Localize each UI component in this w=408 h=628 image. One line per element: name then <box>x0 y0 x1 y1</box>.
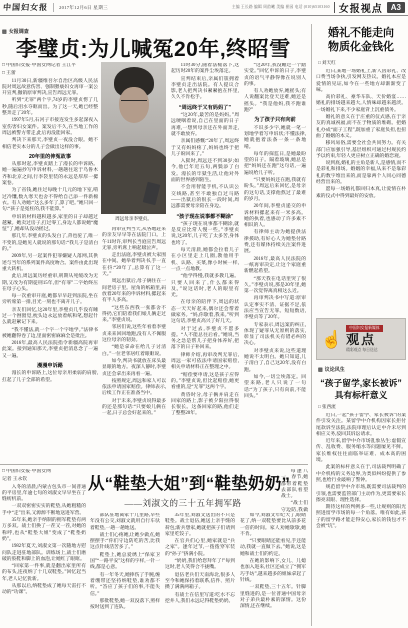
paragraph: “这20年,最苦的是妈妈。”周远哽咽着说,自己在里面的日子再难,一想到母亲还在外… <box>171 113 239 138</box>
paragraph: 对李璧贞来说,这些道理她说不太明白。她只知道,儿子清白了,自己这20年,没有白跑… <box>244 349 306 374</box>
paragraph: “赔偿要申请,这是孩子应得的。”李璧贞说,但比起赔偿,她更看重的,是“无罪”这两… <box>171 373 239 392</box>
bottom-headline: 从“鞋垫大姐”到“鞋垫奶奶” <box>88 470 278 494</box>
paragraph: 按照规定,周远和家人可以依法申请国家赔偿。律师表示,后续工作正在准备当中。 <box>102 379 166 398</box>
newspaper-page: 中国妇女报 2017年12月6日 星期三 主编 王长路 编辑 周韵曦 美编 崔园… <box>0 0 408 628</box>
sidebar-article2-tag: ▨ 议论风生 <box>318 366 345 373</box>
paragraph: 35年来,她亲手纳制的拥军鞋垫有两万多双。战士们换了一茬又一茬,对她的称呼,也从… <box>2 518 86 543</box>
paragraph: 如今,判决书就放在床头最显眼的地方。夜深人静时,李璧贞还会拿出来再看一遍。 <box>102 359 166 378</box>
bottom-headline-block: 从“鞋垫大姐”到“鞋垫奶奶” ——刘淑文的三十五年拥军路 <box>88 470 278 509</box>
paragraph: 邻居们说,这些年看着李璧贞来来回回地跑,没有人不佩服这位母亲的韧劲。 <box>102 325 166 344</box>
paragraph: 有战士在信里写道:吃水不忘挖井人,我们永远记得鞋垫奶奶。 <box>165 593 235 606</box>
paragraph: “这些东西我一张都舍不得扔,它们陪着我们娘儿俩走过来。”李璧贞说。 <box>102 306 166 325</box>
paragraph: 近日,一起“孩子留学、家长被诉”的案件引发关注。某留学中介机构因家长拒付尾款诉至… <box>316 413 406 438</box>
paragraph: 说到底,婚礼的主角是新人,是感情,而不是彩礼和排场。婚姻的幸福,从来不是靠彩礼的… <box>316 161 406 186</box>
paragraph: 不会用智能手机,不认识公交线路,甚至不敢独自过马路——出狱后的很长一段时间,周远… <box>171 185 239 210</box>
paragraph: 一双鞋垫,三十五年。针脚里缝进的,是一位普通中国母亲对子弟兵最朴素的深情。这份深… <box>240 585 306 610</box>
promo-note: 精彩观点 每日送达 <box>346 348 377 353</box>
paragraph: “战士们守边防,我做双鞋垫算啥。”她总这样说。 <box>281 501 308 513</box>
paragraph: 2009年,另一起案件犯罪嫌疑人落网,其供述与当年的系列案件高度吻合。案件由此出… <box>2 254 98 273</box>
bottom-column-4: 如今,刘淑文年纪大了,眼睛花了,纳一双鞋垫要比从前多花一倍的时间。家人劝她歇歇,… <box>240 513 306 625</box>
paragraph: 一双双密密实实的鞋垫,从她粗糙的手中“走”出来,又源源不断地送进军营。 <box>2 504 86 517</box>
byline: □ 中国妇女报·中国女网 <box>2 469 86 475</box>
paragraph: 愿每一场婚礼都回归本真,让爱情在朴素的仪式中得到最好的安放。 <box>316 187 406 200</box>
paragraph: 婚礼的意义在于庄重的仪式感,在于亲友的真诚祝福,而不在于物质的堆砌。把婚礼办成“… <box>316 115 406 140</box>
section-divider <box>334 2 335 13</box>
paragraph: 移风易俗,需要全社会共同努力。有关部门应加强引导,基层组织可通过村规民约予以约束… <box>316 141 406 160</box>
paragraph: 战士们心疼她,让她少做点,她摆摆手:“你们守边防吃的苦,比我这点针线活苦多了。” <box>90 533 160 552</box>
issue-date: 2017年12月6日 星期三 <box>59 5 108 11</box>
page-number-badge: A3 <box>387 2 405 13</box>
staff-credits: 主编 王长路 编辑 周韵曦 美编 崔园 电话 (010)65103160 <box>232 5 330 10</box>
subheading: “孩子现在说事都不糊涂” <box>171 214 239 220</box>
subheading: 20年里的伸冤故事 <box>2 154 98 160</box>
bottom-column-3: 35年里,刘淑文送出的不只是鞋垫。战士退伍,她送上亲手缝的荷包;新兵想家,她就把… <box>165 513 235 625</box>
paragraph: “只要眼睛还能看见,手还能动,我就一直做下去。”她说,这是她和战士们的约定。 <box>240 539 306 558</box>
paragraph: 在她的影响下,女儿、儿媳也加入进来,社区还成立了“拥军巧手坊”,越来越多的姐妹拿… <box>240 559 306 584</box>
paragraph: 从那以后,纳鞋垫成了她每天雷打不动的“功课”。 <box>2 584 86 597</box>
paragraph: 期待这样的判例多一些,让规则的阳光照进留学市场的每一个角落。唯有如此,孩子的留学… <box>316 505 406 530</box>
lead-column-3: 11时30分,随着法槌落下,这起历时20年的案件尘埃落定。宣判结束后,亲属们簇拥… <box>171 63 239 461</box>
paragraph: 在母亲的陪伴下,周远的状态一天天好起来,偶尔还会帮着做家务。“妈,你歇着,我来。… <box>171 300 239 325</box>
paragraph: 那几年,李璧贞的头发白了,背也驼了,唯一不变的,是她见人就说的那句话:“我儿子是… <box>2 234 98 253</box>
section-title: 女报视点 <box>339 0 383 15</box>
opinion-promo-box: ☝ 中国妇女报新媒体 观点 精彩观点 每日送达 <box>316 318 406 360</box>
photo-face-shape <box>119 87 149 123</box>
paragraph: 宣判结束后,亲属们簇拥着李璧贞走出法院。有人提议合影,老人把判决书紧紧抱在怀里,… <box>171 77 239 102</box>
paragraph: 入冬的清晨,内蒙古包头市一间普通的平房里,年逾七旬的刘淑文早早坐在了缝纫机前。 <box>2 485 86 504</box>
byline: 记者 王永钦 <box>2 477 86 483</box>
photo-li-bizhen <box>101 62 166 214</box>
sidebar-article2-body: 近日,一起“孩子留学、家长被诉”的案件引发关注。某留学中介机构因家长拒付尾款诉至… <box>316 413 406 626</box>
sidebar-article2-headline: “孩子留学,家长被诉” 具有标杆意义 <box>316 377 406 401</box>
subheading: 为了孩子只有向前 <box>244 117 306 123</box>
subheading: 漫漫申诉路 <box>2 363 98 369</box>
paragraph: 部队驻地离家十几里路,早些年没有公交,刘淑文就用自行车驮着鞋垫,一趟一趟地送。 <box>90 513 160 532</box>
bottom-column-2: 部队驻地离家十几里路,早些年没有公交,刘淑文就用自行车驮着鞋垫,一趟一趟地送。战… <box>90 513 160 625</box>
paragraph: 黄昏时分,母子俩并肩走在回家的路上,影子被夕阳拉得很长很长。这条回家的路,他们走… <box>171 393 239 418</box>
paragraph: 2016年,最高人民法院指令新疆高院再审此案。接到通知那天,李璧贞把消息念了一遍… <box>2 341 98 360</box>
paragraph: 漫长的申诉路上,这位母亲用柔弱的肩膀,扛起了儿子全部的希望。 <box>2 371 98 384</box>
paragraph: 申诉的材料越积越多,家里的日子却越过越紧。她卖过房子,打过零工,身边人都说她“魔… <box>2 215 98 234</box>
paragraph: 每天清晨,她都会拉着儿子在小区里走上几圈,教他用手机、认路、买菜,像小时候一样,… <box>171 248 239 273</box>
photo-caption: 周远母亲李璧贞。 <box>101 216 166 222</box>
paragraph: 再审判决书中写道:原审认定事实不清、证据不足,依法应当宣告无罪。短短数语,李璧贞… <box>244 296 306 321</box>
paragraph: 走出法庭,李璧贞被大家围在中间。她举着判决书,手一直在抖:“20年了,总算有了这… <box>102 253 166 278</box>
lead-column-2: 再审宣判当天,从各地赶来的亲友早早等在法院门口。上午11时许,审判长当庭宣告周远… <box>102 227 166 460</box>
paragraph: 对于过去,李璧贞不愿多提。“人不能总往后看。”她说,当务之急是帮儿子把身体养好,… <box>171 327 239 352</box>
lead-headline: 李璧贞:为儿喊冤20年,终昭雪 <box>16 33 308 63</box>
paragraph: 从那时起,李璧贞踏上了漫长的申诉路。她一遍遍抄写申诉材料,一趟趟往返于乌鲁木齐和… <box>2 162 98 187</box>
subheading: “周远终于又有妈妈了” <box>171 105 239 111</box>
promo-text-block: 中国妇女报新媒体 观点 精彩观点 每日送达 <box>346 325 382 353</box>
bottom-article-rule <box>0 464 308 465</box>
paragraph: “那天我在电话里哭了很久。”李璧贞说,那是20年里,她第一次觉得离真相这么近。 <box>244 277 306 296</box>
paragraph: “孩子现在说事都不糊涂,就是反应比常人慢一些。”李璧贞说,这20年,儿子吃了太多… <box>171 222 239 247</box>
paragraph: 11月30日,新疆维吾尔自治区高级人民法院对周远故意伤害、强制猥亵妇女再审一案公… <box>2 79 98 98</box>
paragraph: 有律师主动为她提供法律援助,有好心人为她垫付路费,还有媒体持续关注案件进展。 <box>244 230 306 255</box>
paragraph: “奶奶,我们给您拜年了!”每到这时,老人笑得合不拢嘴。 <box>165 559 235 572</box>
tag-icon: ▨ <box>318 367 323 373</box>
paragraph: 2016年,最高人民法院的一纸再审决定,让这个家庭重新燃起希望。 <box>244 257 306 276</box>
paragraph: 此后,周远案历经重审,刑期从死缓改为无期,又改为有期徒刑15年,但“有罪”二字始… <box>2 274 98 293</box>
lead-column-4: “这20年,我没睡过一个踏实觉。”回忆申诉的日子,李璧贞的语气平静得像在说别人的… <box>244 63 306 461</box>
paragraph: 判决下来那天,李璧贞一夜没合眼。她不相信老实本分的儿子会做出这样的事。 <box>2 138 98 151</box>
paragraph: 规范留学中介市场,既需要司法裁判的引领,也需要监管部门主动作为,更需要家长擦亮双… <box>316 485 406 504</box>
paragraph: 亲友们回忆,这20年里,李璧贞几乎没有睡过一个囫囵觉,枕头边永远放着纸和笔,想起… <box>2 308 98 327</box>
bottom-flank-column: 每逢八一、春节,她都带着鞋垫去部队看望战士。“战士们守边防,我做双鞋垫算啥。”她… <box>281 469 308 513</box>
masthead: 中国妇女报 2017年12月6日 星期三 主编 王长路 编辑 周韵曦 美编 崔园… <box>0 0 408 16</box>
paragraph: 鞋垫上,她总爱绣上“保家卫国”“一路平安”这样的字样,一针一线,都是心意。 <box>90 553 160 572</box>
paragraph: 退伍老兵们天南海北,很多人至今和她保持着联系,信件、照片攒了满满两箱子。 <box>165 573 235 592</box>
paragraph: “我不懂法,就一个字一个字地学。”法律书被她翻得卷了边,里面密密麻麻全是批注。 <box>2 328 98 341</box>
sidebar-article1-byline: □ 刘天红 <box>318 60 404 66</box>
paragraph: 有一年冬天,她摔伤了手腕,缠着绷带还坚持纳鞋垫,谁劝都不听。“答应了孩子们的事,… <box>90 573 160 598</box>
sidebar-article1-body: 近日,某地一场婚礼上,新人因彩礼、改口费当场争执,引发网友热议。婚礼本应是爱情的… <box>316 69 406 315</box>
paragraph: 每年的探监日,是她最盼望的日子。隔着玻璃,她总是把“妈妈还在跑”这句话,一遍遍说… <box>244 152 306 177</box>
promo-title: 观点 <box>346 333 376 347</box>
paragraph: 周远出狱后,母子俩住在一间老房子里。屋角的纸箱里,码放着20年来的申诉材料,摞起… <box>102 279 166 304</box>
paragraph: 有人劝她放弃,她摇头;有人说翻案比登天还难,她还是摇头。“我是他妈,我不跑谁跑?… <box>244 89 306 114</box>
paragraph: 亲属们感慨:“20年了,周远终于又有妈妈疼了,妈妈也终于把儿子盼回来了。” <box>171 139 239 158</box>
hand-icon: ☝ <box>321 331 342 348</box>
paragraph: 35年里,刘淑文送出的不只是鞋垫。战士退伍,她送上亲手缝的荷包;新兵想家,她就把… <box>165 513 235 538</box>
byline: □ 中国妇女报·中国女网记者 王江平 <box>2 63 98 69</box>
sidebar-article2-byline: □ 张西流 <box>318 404 404 410</box>
paragraph: 此案的标杆意义在于,司法裁判明确了中介机构的义务边界,为类似纠纷提供了参照,也给… <box>316 465 406 484</box>
paragraph: 为了省钱,她住过每晚十几元的地下室,啃过冷馕,数九寒天也舍不得给自己添一件新棉衣… <box>2 188 98 213</box>
paragraph: 专家表示,周远案的纠正,体现了疑罪从无原则的落实,彰显了司法机关有错必纠的决心。 <box>244 323 306 348</box>
paragraph: 1982年夏天,刘淑文第一次随地方慰问队走进驻地部队。训练场上,战士们磨破的胶鞋… <box>2 544 86 563</box>
paragraph: 对于未来,李璧贞说得最多的还是那句话:“只要娘儿俩在一起,日子总会好起来的。” <box>102 399 166 418</box>
sidebar-rule <box>311 24 312 626</box>
masthead-divider <box>53 3 54 12</box>
paragraph: 1997年5月,石河子市接连发生多起深夜入室伤害妇女案件。案发后不久,在当地工作… <box>2 118 98 137</box>
paragraph: 20年间,李璧贞递交的申诉材料摞起来有一米多高。她的执着,也感动了许多素不相识的… <box>244 204 306 229</box>
paragraph: 在官兵们心里,她家就是“兵之家”。逢年过节,一拨拨穿军装的“孙子”挤满小院。 <box>165 539 235 558</box>
paragraph: 近年来,留学中介市场乱象丛生:虚假宣传、乱收费、服务缩水等问题屡见不鲜。家长维权… <box>316 439 406 464</box>
paragraph: 近日,某地一场婚礼上,新人因彩礼、改口费当场争执,引发网友热议。婚礼本应是爱情的… <box>316 69 406 94</box>
paragraph: 高价彩礼、豪华车队、天价婚宴……婚礼的排场越来越大,人情味却越来越淡。一场婚礼下… <box>316 95 406 114</box>
paragraph: 11时30分,随着法槌落下,这起历时20年的案件尘埃落定。 <box>171 63 239 76</box>
paragraph: 入狱时,周远还不到30岁;如今,他已年近五旬,两鬓添了白发。漫长的牢狱生活,让他… <box>171 159 239 184</box>
bottom-subtitle: ——刘淑文的三十五年拥军路 <box>88 497 278 509</box>
sidebar-article1-headline: 婚礼不能走向 物质化金钱化 <box>316 26 406 54</box>
paragraph: 那批鞋垫,她一双没落下,照样按时送到了连队。 <box>90 599 160 612</box>
paragraph: 再审宣判当天,从各地赶来的亲友早早等在法院门口。上午11时许,审判长当庭宣告周远… <box>102 227 166 252</box>
paragraph: 每逢八一、春节,她都带着鞋垫去部队看望战士。 <box>281 469 308 500</box>
paragraph: 每一次重审开庭,她都早早赶到法院,坐在旁听席第一排,目光一刻也不离开儿子。 <box>2 294 98 307</box>
lead-column-1: □ 中国妇女报·中国女网记者 王江平□ 王蕾11月30日,新疆维吾尔自治区高级人… <box>2 63 98 461</box>
tag-icon: ▨ <box>2 29 7 35</box>
paragraph: 听到“无罪”两个字,74岁的李璧贞愣了几秒,随后泪水夺眶而出。为了这一天,她已经… <box>2 98 98 117</box>
byline: □ 王蕾 <box>2 71 98 77</box>
promo-badge: 中国妇女报新媒体 <box>346 325 382 332</box>
photo-glasses-shape <box>121 100 147 105</box>
paragraph: 如今,一切尘埃落定。回望来路,老人只说了一句话:“为了孩子,只有向前,不能回头。… <box>244 375 306 400</box>
paragraph: 不识多少字,她就一笔一划地学着写申诉状;不懂法律,她就抱着法条一条一条地啃。 <box>244 126 306 151</box>
photo-coat-shape <box>101 146 166 214</box>
paper-logo: 中国妇女报 <box>3 2 49 13</box>
paragraph: “他学得慢,我就多教几遍。只要人回来了,什么都来得及。”说这话时,老人的眼里有光… <box>171 274 239 299</box>
paragraph: “这20年,我没睡过一个踏实觉。”回忆申诉的日子,李璧贞的语气平静得像在说别人的… <box>244 63 306 88</box>
bottom-column-1: □ 中国妇女报·中国女网记者 王永钦入冬的清晨,内蒙古包头市一间普通的平房里,年… <box>2 469 86 625</box>
paragraph: “回家第一件事,就是翻出家里所有的布头,连夜纳了十几双鞋垫。”回忆起当年,老人记… <box>2 564 86 583</box>
paragraph: 如今,刘淑文年纪大了,眼睛花了,纳一双鞋垫要比从前多花一倍的时间。家人劝她歇歇,… <box>240 513 306 538</box>
paragraph: “她是拿命在给儿子讨清白。”一位老邻居红着眼眶说。 <box>102 345 166 358</box>
paragraph: “只要妈妈还在跑,我就有盼头。”周远后来回忆,是母亲的这句话,支撑他熬过了最难的… <box>244 178 306 203</box>
paragraph: 律师介绍,再审改判无罪后,周远一家可依法申请国家赔偿,相关申请材料正在整理之中。 <box>171 353 239 372</box>
sidebar-tag-label: 议论风生 <box>325 366 345 373</box>
